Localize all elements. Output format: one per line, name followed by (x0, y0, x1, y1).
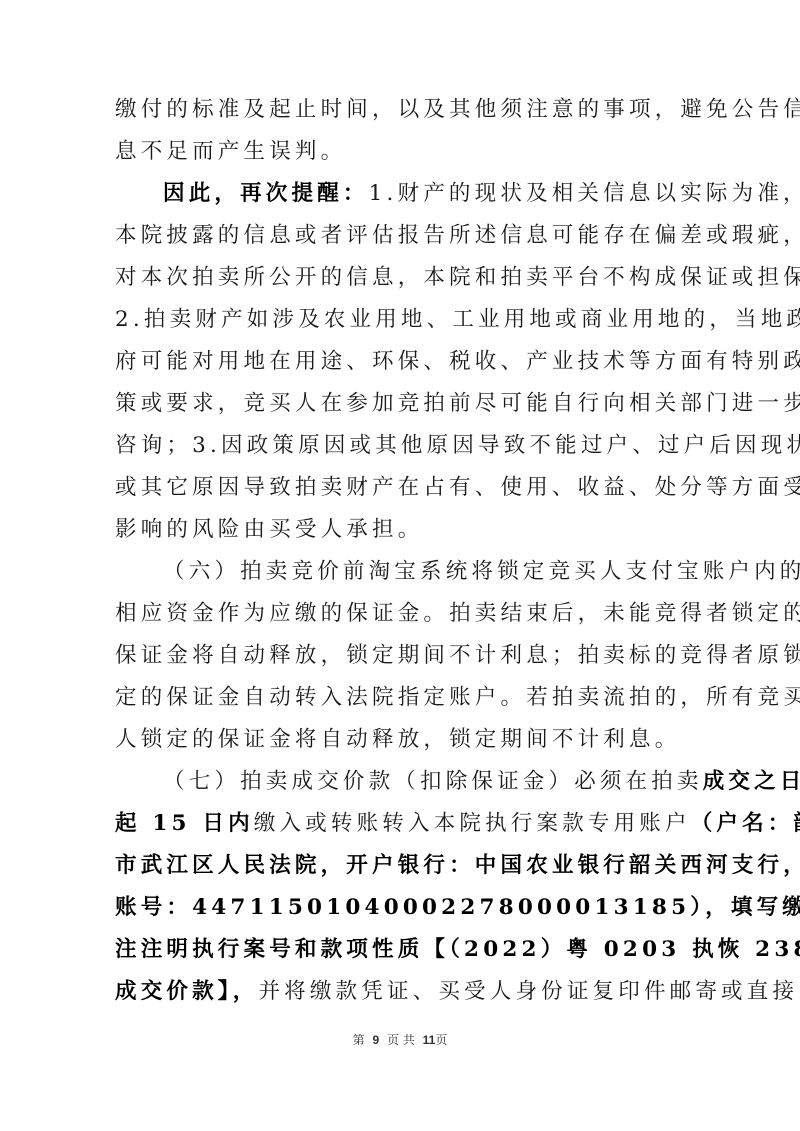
text-line: 人锁定的保证金将自动释放，锁定期间不计利息。 (115, 719, 695, 761)
text-segment: 对本次拍卖所公开的信息，本院和拍卖平台不构成保证或担保； (115, 265, 800, 290)
text-segment: 府可能对用地在用途、环保、税收、产业技术等方面有特别政 (115, 349, 800, 374)
bold-text-segment: 注注明执行案号和款项性质【（2022）粤 0203 执恢 238 号拍卖 (115, 937, 800, 962)
bold-text-segment: 因此，再次提醒： (163, 181, 369, 206)
text-segment: 2.拍卖财产如涉及农业用地、工业用地或商业用地的，当地政 (115, 307, 800, 332)
bold-text-segment: 成交之日 (703, 769, 800, 794)
text-line: 咨询；3.因政策原因或其他原因导致不能过户、过户后因现状 (115, 425, 695, 467)
text-segment: 缴入或转账转入本院执行案款专用账户 (254, 811, 691, 836)
text-segment: （七）拍卖成交价款（扣除保证金）必须在拍卖 (163, 769, 703, 794)
current-page-number: 9 (372, 1033, 379, 1047)
bold-text-segment: 成交价款】， (115, 979, 258, 1004)
text-line: 影响的风险由买受人承担。 (115, 509, 695, 551)
text-line: 保证金将自动释放，锁定期间不计利息；拍卖标的竞得者原锁 (115, 635, 695, 677)
text-segment: 影响的风险由买受人承担。 (115, 517, 423, 542)
text-line: 本院披露的信息或者评估报告所述信息可能存在偏差或瑕疵， (115, 215, 695, 257)
text-segment: 或其它原因导致拍卖财产在占有、使用、收益、处分等方面受 (115, 475, 800, 500)
text-segment: 息不足而产生误判。 (115, 139, 346, 164)
text-segment: 定的保证金自动转入法院指定账户。若拍卖流拍的，所有竞买 (115, 685, 800, 710)
text-line: 注注明执行案号和款项性质【（2022）粤 0203 执恢 238 号拍卖 (115, 929, 695, 971)
text-segment: 1.财产的现状及相关信息以实际为准， (369, 181, 800, 206)
text-segment: 咨询；3.因政策原因或其他原因导致不能过户、过户后因现状 (115, 433, 800, 458)
text-line: 成交价款】，并将缴款凭证、买受人身份证复印件邮寄或直接 (115, 971, 695, 1013)
bold-text-segment: 市武江区人民法院，开户银行：中国农业银行韶关西河支行， (115, 853, 800, 878)
text-line: 市武江区人民法院，开户银行：中国农业银行韶关西河支行， (115, 845, 695, 887)
text-line: 府可能对用地在用途、环保、税收、产业技术等方面有特别政 (115, 341, 695, 383)
text-segment: （六）拍卖竞价前淘宝系统将锁定竞买人支付宝账户内的 (163, 559, 800, 584)
text-line: （六）拍卖竞价前淘宝系统将锁定竞买人支付宝账户内的 (115, 551, 695, 593)
text-line: 起 15 日内缴入或转账转入本院执行案款专用账户（户名：韶关 (115, 803, 695, 845)
text-segment: 缴付的标准及起止时间，以及其他须注意的事项，避免公告信 (115, 97, 800, 122)
text-line: 对本次拍卖所公开的信息，本院和拍卖平台不构成保证或担保； (115, 257, 695, 299)
bold-text-segment: 起 15 日内 (115, 811, 254, 836)
page-footer: 第 9 页 共 11页 (0, 1031, 800, 1048)
text-line: 因此，再次提醒：1.财产的现状及相关信息以实际为准， (115, 173, 695, 215)
text-line: 或其它原因导致拍卖财产在占有、使用、收益、处分等方面受 (115, 467, 695, 509)
text-line: 策或要求，竞买人在参加竞拍前尽可能自行向相关部门进一步 (115, 383, 695, 425)
text-segment: 并将缴款凭证、买受人身份证复印件邮寄或直接 (258, 979, 798, 1004)
text-line: （七）拍卖成交价款（扣除保证金）必须在拍卖成交之日 (115, 761, 695, 803)
text-segment: 相应资金作为应缴的保证金。拍卖结束后，未能竞得者锁定的 (115, 601, 800, 626)
text-line: 2.拍卖财产如涉及农业用地、工业用地或商业用地的，当地政 (115, 299, 695, 341)
text-segment: 人锁定的保证金将自动释放，锁定期间不计利息。 (115, 727, 680, 752)
text-line: 相应资金作为应缴的保证金。拍卖结束后，未能竞得者锁定的 (115, 593, 695, 635)
footer-suffix: 页 (435, 1033, 447, 1047)
footer-middle: 页 共 (387, 1033, 415, 1047)
text-line: 息不足而产生误判。 (115, 131, 695, 173)
text-line: 账号：44711501040002278000013185），填写缴款单时务必备 (115, 887, 695, 929)
bold-text-segment: 账号：44711501040002278000013185），填写缴款单时务必备 (115, 895, 800, 920)
text-line: 定的保证金自动转入法院指定账户。若拍卖流拍的，所有竞买 (115, 677, 695, 719)
text-segment: 策或要求，竞买人在参加竞拍前尽可能自行向相关部门进一步 (115, 391, 800, 416)
text-segment: 本院披露的信息或者评估报告所述信息可能存在偏差或瑕疵， (115, 223, 800, 248)
footer-prefix: 第 (353, 1033, 365, 1047)
text-segment: 保证金将自动释放，锁定期间不计利息；拍卖标的竞得者原锁 (115, 643, 800, 668)
document-body: 缴付的标准及起止时间，以及其他须注意的事项，避免公告信息不足而产生误判。因此，再… (115, 89, 695, 1013)
total-pages-number: 11 (423, 1033, 436, 1047)
bold-text-segment: （户名：韶关 (691, 811, 800, 836)
text-line: 缴付的标准及起止时间，以及其他须注意的事项，避免公告信 (115, 89, 695, 131)
